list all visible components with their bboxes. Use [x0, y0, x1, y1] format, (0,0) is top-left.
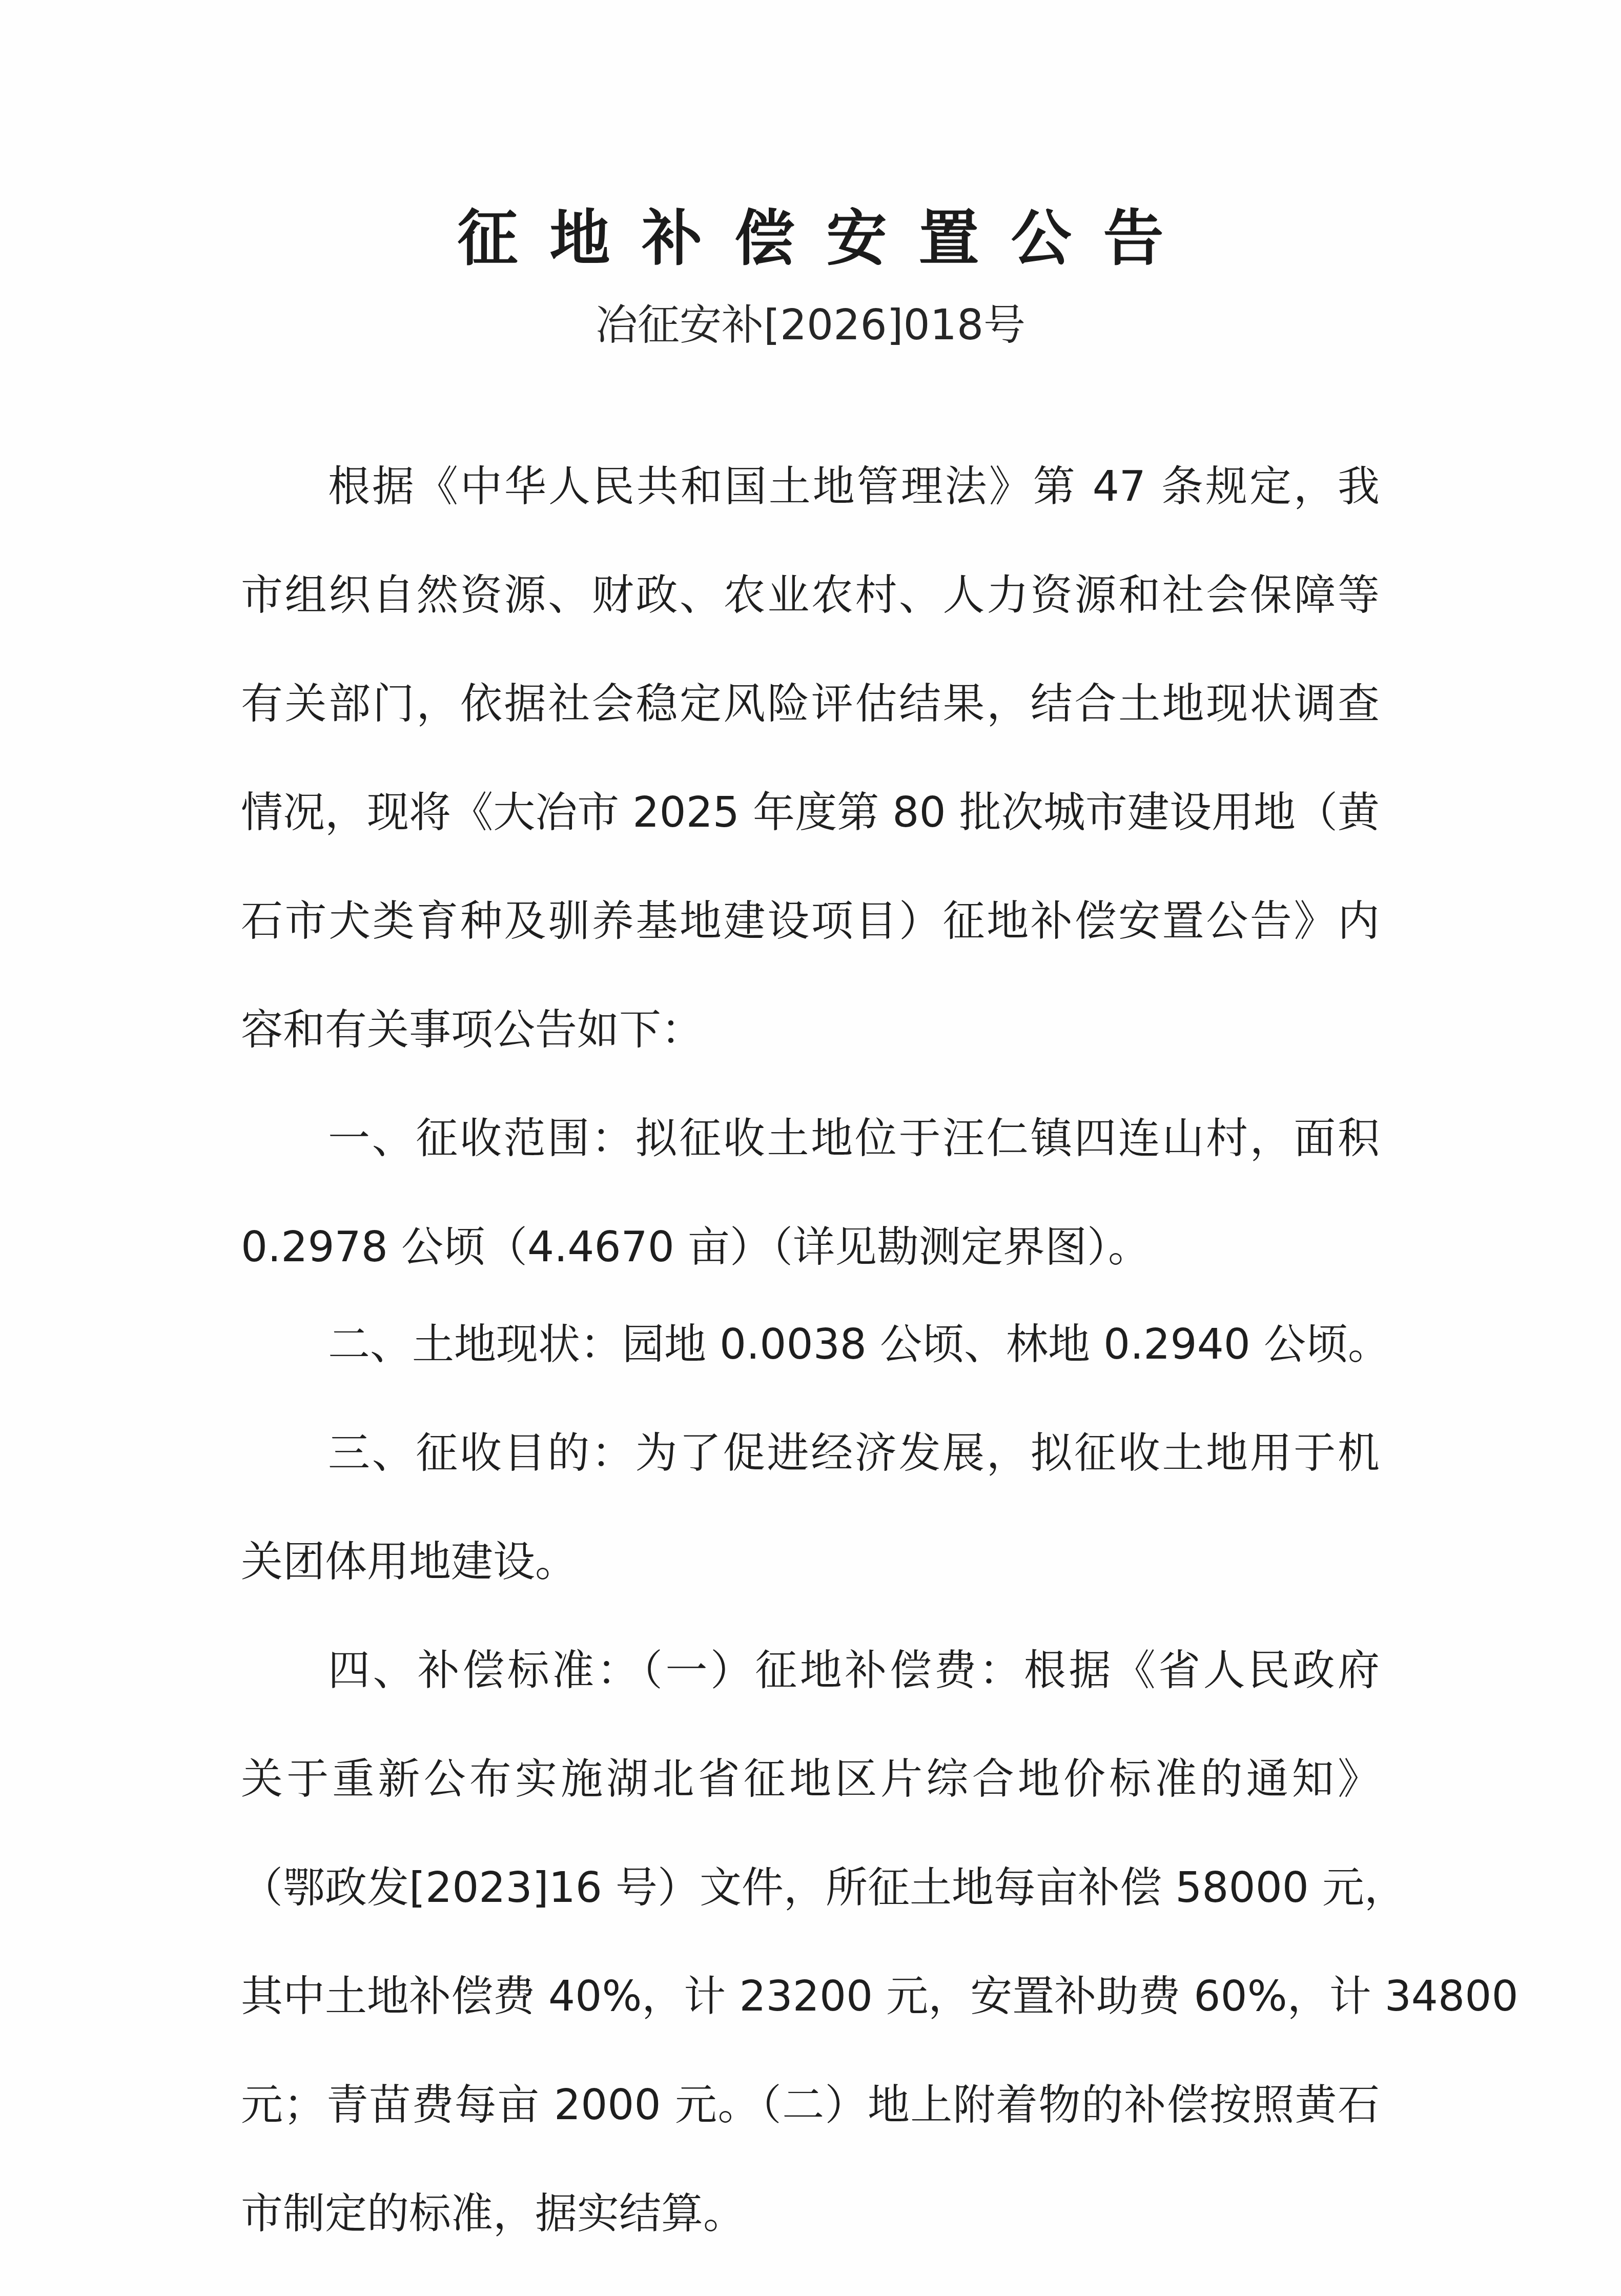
section-3-line: 关团体用地建设。: [241, 1536, 1380, 1588]
paragraph-line: 有关部门，依据社会稳定风险评估结果，结合土地现状调查: [241, 679, 1380, 730]
section-1-line: 0.2978 公顷（4.4670 亩）（详见勘测定界图）。: [241, 1222, 1380, 1273]
document-page: 征地补偿安置公告 冶征安补[2026]018号 根据《中华人民共和国土地管理法》…: [0, 0, 1621, 2296]
section-4-line: （鄂政发[2023]16 号）文件，所征土地每亩补偿 58000 元，: [241, 1862, 1380, 1914]
paragraph-line: 容和有关事项公告如下：: [241, 1004, 1380, 1056]
paragraph-line: 石市犬类育种及驯养基地建设项目）征地补偿安置公告》内: [241, 896, 1380, 947]
document-number: 冶征安补[2026]018号: [0, 300, 1621, 351]
document-title: 征地补偿安置公告: [0, 202, 1621, 274]
paragraph-line: 市组织自然资源、财政、农业农村、人力资源和社会保障等: [241, 570, 1380, 621]
section-4-line: 元；青苗费每亩 2000 元。（二）地上附着物的补偿按照黄石: [241, 2080, 1380, 2131]
section-4-line: 市制定的标准，据实结算。: [241, 2188, 1380, 2240]
section-4-line: 关于重新公布实施湖北省征地区片综合地价标准的通知》: [241, 1754, 1380, 1805]
section-4-line: 其中土地补偿费 40%，计 23200 元，安置补助费 60%，计 34800: [241, 1971, 1380, 2022]
section-4-line: 四、补偿标准：（一）征地补偿费：根据《省人民政府: [328, 1645, 1380, 1696]
section-2-line: 二、土地现状：园地 0.0038 公顷、林地 0.2940 公顷。: [328, 1319, 1380, 1370]
section-3-line: 三、征收目的：为了促进经济发展，拟征收土地用于机: [328, 1428, 1380, 1479]
paragraph-line: 情况，现将《大冶市 2025 年度第 80 批次城市建设用地（黄: [241, 787, 1380, 838]
section-1-line: 一、征收范围：拟征收土地位于汪仁镇四连山村，面积: [328, 1113, 1380, 1164]
paragraph-line: 根据《中华人民共和国土地管理法》第 47 条规定，我: [328, 461, 1380, 512]
